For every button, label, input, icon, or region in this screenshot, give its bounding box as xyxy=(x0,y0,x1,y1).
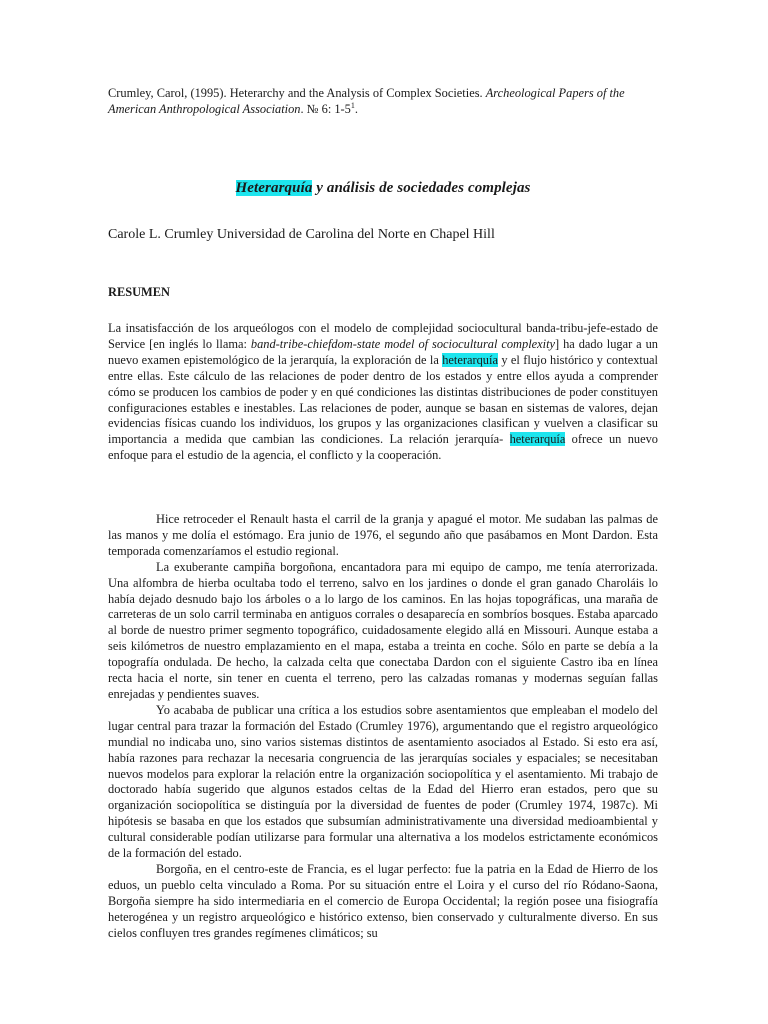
body-paragraph: La exuberante campiña borgoñona, encanta… xyxy=(108,560,658,703)
document-title: Heterarquía y análisis de sociedades com… xyxy=(108,180,658,197)
body-text: Hice retroceder el Renault hasta el carr… xyxy=(108,512,658,941)
title-highlighted-word: Heterarquía xyxy=(236,180,313,196)
highlighted-term: heterarquía xyxy=(510,432,566,446)
citation-text: Crumley, Carol, (1995). Heterarchy and t… xyxy=(108,86,486,100)
citation-issue: . № 6: 1-5 xyxy=(301,102,351,116)
highlighted-term: heterarquía xyxy=(442,353,498,367)
abstract-heading: RESUMEN xyxy=(108,285,170,300)
title-rest: y análisis de sociedades complejas xyxy=(312,180,530,196)
abstract-text: La insatisfacción de los arqueólogos con… xyxy=(108,321,658,464)
citation: Crumley, Carol, (1995). Heterarchy and t… xyxy=(108,85,660,117)
body-paragraph: Yo acababa de publicar una crítica a los… xyxy=(108,703,658,862)
author-affiliation: Carole L. Crumley Universidad de Carolin… xyxy=(108,226,658,244)
body-paragraph: Borgoña, en el centro-este de Francia, e… xyxy=(108,862,658,942)
citation-end: . xyxy=(355,102,358,116)
body-paragraph: Hice retroceder el Renault hasta el carr… xyxy=(108,512,658,560)
abstract-italic-term: band-tribe-chiefdom-state model of socio… xyxy=(251,337,555,351)
